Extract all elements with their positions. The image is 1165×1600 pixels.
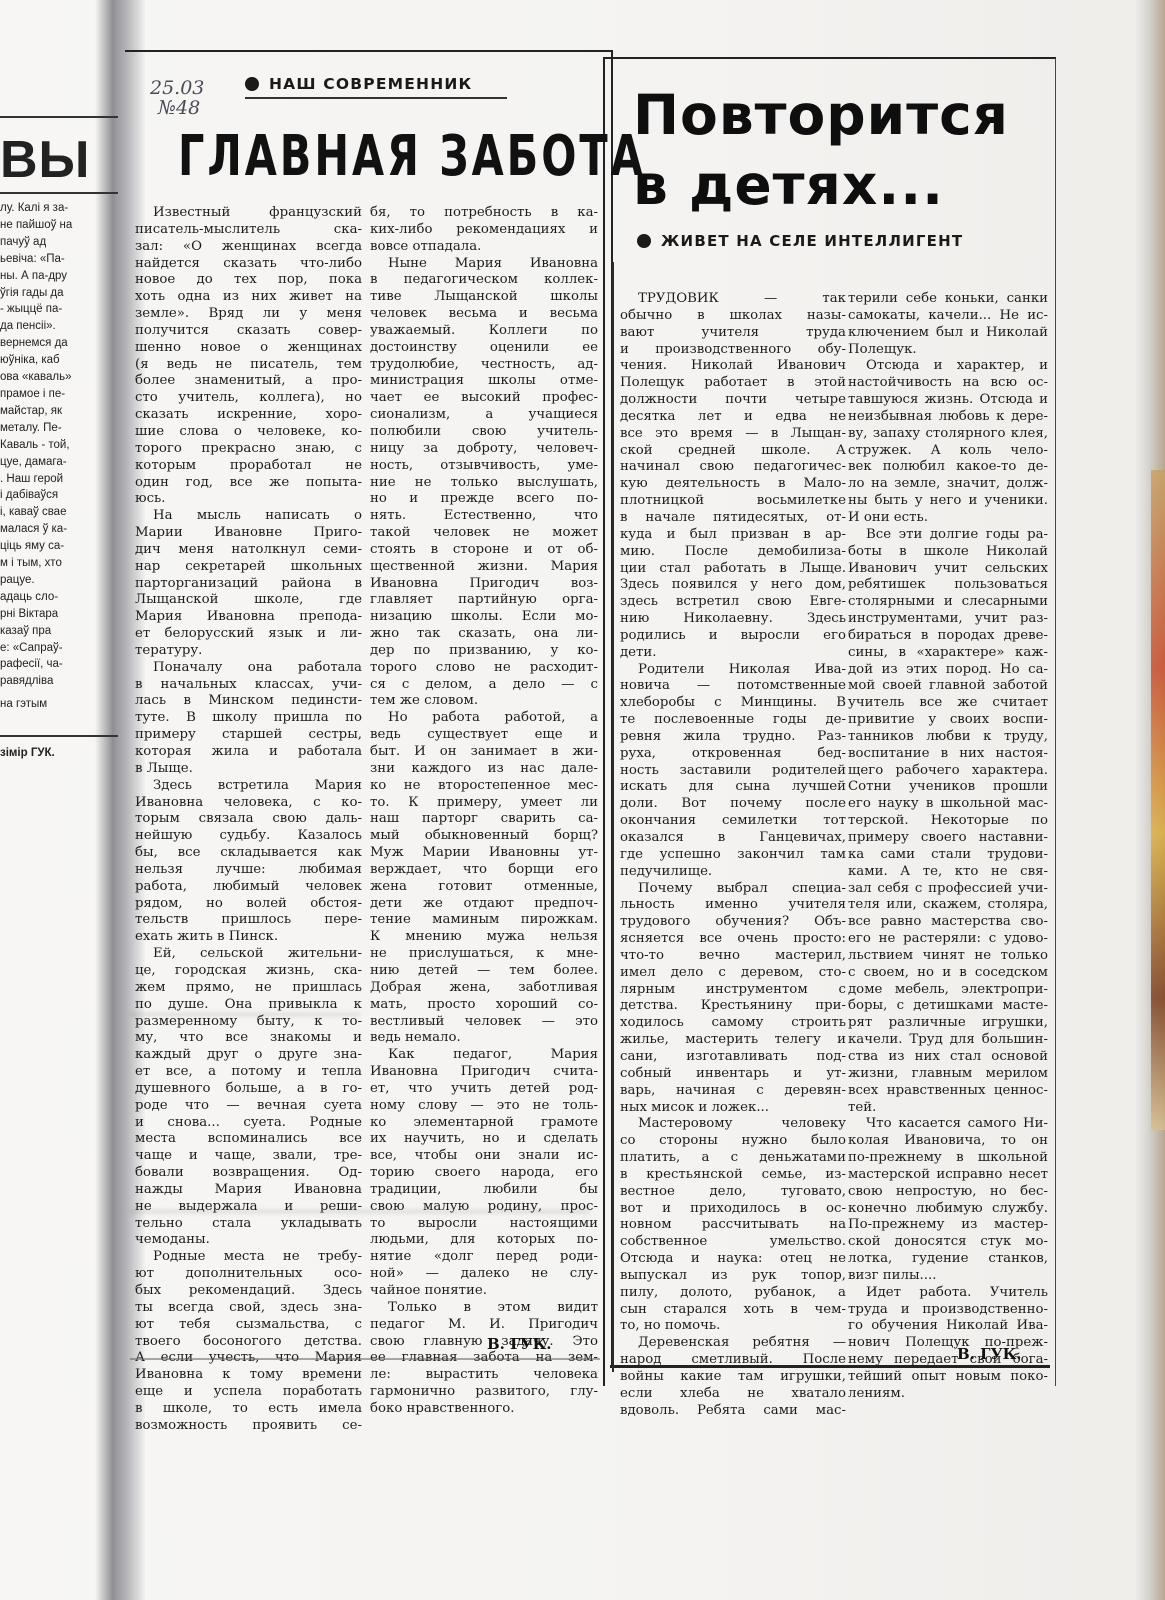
text-line: мый обыкновенный борщ? — [370, 828, 598, 845]
text-line: торию своего народа, его — [370, 1165, 598, 1182]
text-line: роде что — вечная суета — [135, 1098, 362, 1115]
text-line: самокаты, качели... Не ис- — [848, 308, 1048, 325]
text-line: Все эти долгие годы ра- — [848, 527, 1048, 544]
text-line: новном рассчитывать на — [620, 1217, 846, 1234]
text-line: - жыццё па- — [0, 301, 118, 318]
text-line: Ивановна человека, с ко- — [135, 795, 362, 812]
text-line: что-то вечно мастерил, — [620, 948, 846, 965]
text-line: собный инвентарь и ут- — [620, 1066, 846, 1083]
text-line: боры, с детишками масте- — [848, 998, 1048, 1015]
text-line: руха, откровенная бед- — [620, 746, 846, 763]
text-line: сто учитель, коллега), но — [135, 390, 362, 407]
text-line: казаў пра — [0, 623, 118, 640]
text-line: твоего босоногого детства. — [135, 1334, 362, 1351]
text-line: писатель-мыслитель ска- — [135, 222, 362, 239]
text-line: то выросли настоящими — [370, 1216, 598, 1233]
bullet-dot-icon — [245, 77, 259, 91]
text-line: доли. Вот почему после — [620, 796, 846, 813]
text-line: Марии Ивановне Приго- — [135, 525, 362, 542]
text-line: ких-либо рекомендациях и — [370, 222, 598, 239]
text-line: чаще и чаще, звали, тре- — [135, 1148, 362, 1165]
text-line: искать для сына лучшей — [620, 779, 846, 796]
text-line: педагог М. И. Пригодич — [370, 1317, 598, 1334]
text-line: полюбили свою учитель- — [370, 424, 598, 441]
article-2-column-2: терили себе коньки, санкисамокаты, качел… — [848, 291, 1048, 1403]
text-line: м і тым, хто — [0, 555, 118, 572]
text-line: Известный французский — [135, 205, 362, 222]
text-line: мой своей главной заботой — [848, 678, 1048, 695]
article-2-column-1: ТРУДОВИК — такобычно в школах назы-вают … — [620, 291, 846, 1420]
text-line: новое до тех пор, пока — [135, 272, 362, 289]
text-line: пачуў ад — [0, 234, 118, 251]
text-line: должности почти четыре — [620, 392, 846, 409]
text-line: примеру старшей сестры, — [135, 727, 362, 744]
text-line: ТРУДОВИК — так — [620, 291, 846, 308]
handwritten-date-note: 25.03 №48 — [150, 78, 204, 118]
text-line: уважаемый. Коллеги по — [370, 323, 598, 340]
text-line: нар секретарей школьных — [135, 559, 362, 576]
text-line: Только в этом видит — [370, 1300, 598, 1317]
text-line: ность заставили родителей — [620, 763, 846, 780]
text-line: рафесії, ча- — [0, 656, 118, 673]
text-line: быт. И он занимает в жи- — [370, 744, 598, 761]
left-fragment-tail: на гэтым — [0, 696, 118, 713]
page-edge-color-strip — [1151, 470, 1165, 1130]
text-line: все равно мастерства сво- — [848, 914, 1048, 931]
text-line: столярными и слесарными — [848, 594, 1048, 611]
text-line: Сотни учеников прошли — [848, 779, 1048, 796]
text-line: куда и был призван в ар- — [620, 527, 846, 544]
text-line: трудолюбие, честность, ад- — [370, 357, 598, 374]
text-line: ной» — далеко не слу- — [370, 1266, 598, 1283]
text-line: вестное дело, туговато, — [620, 1184, 846, 1201]
text-line: ской средней школе. А — [620, 443, 846, 460]
article-1-bottom-rule — [130, 1358, 600, 1360]
text-line: не прислушаться, к мне- — [370, 946, 598, 963]
text-line: новича — потомственные — [620, 678, 846, 695]
text-line: сын старался хоть в чем- — [620, 1302, 846, 1319]
text-line: жно так сказать, она ли- — [370, 626, 598, 643]
text-line: К мнению мужа нельзя — [370, 929, 598, 946]
text-line: земле». Вряд ли у меня — [135, 306, 362, 323]
text-line: Полещук. — [848, 342, 1048, 359]
text-line: неизбывная любовь к дере- — [848, 409, 1048, 426]
text-line: лу. Калі я за- — [0, 200, 118, 217]
text-line: ко не второстепенное мес- — [370, 778, 598, 795]
text-line: привитие у своих воспи- — [848, 712, 1048, 729]
text-line: ясняется все очень просто: — [620, 931, 846, 948]
text-line: доме мебель, электропри- — [848, 982, 1048, 999]
text-line: хлеборобы с Минщины. В — [620, 695, 846, 712]
text-line: трудового обучения? Объ- — [620, 914, 846, 931]
article-2-headline-line-2: в детях... — [633, 150, 1009, 220]
text-line: и снова... суета. Родные — [135, 1115, 362, 1132]
text-line: ют тебя сызмальства, с — [135, 1317, 362, 1334]
text-line: лотка, гудение станков, — [848, 1251, 1048, 1268]
text-line: обычно в школах назы- — [620, 308, 846, 325]
text-line: Родители Николая Ива- — [620, 662, 846, 679]
text-line: бираться в породах древе- — [848, 628, 1048, 645]
text-line: не пайшоў на — [0, 217, 118, 234]
text-line: е: «Сапраў- — [0, 640, 118, 657]
text-line: которая жила и работала — [135, 744, 362, 761]
text-line: выпускал из рук топор, — [620, 1268, 846, 1285]
text-line: все это время — в Лыщан- — [620, 426, 846, 443]
article-1-rubric-label: НАШ СОВРЕМЕННИК — [269, 75, 472, 93]
text-line: це, городская жизнь, ска- — [135, 963, 362, 980]
text-line: конечно любимую службу. — [848, 1201, 1048, 1218]
article-2-bottom-rule — [610, 1365, 1050, 1368]
text-line: ному слову — это не толь- — [370, 1098, 598, 1115]
text-line: не выдержала и реши- — [135, 1199, 362, 1216]
text-line: Деревенская ребятня — — [620, 1335, 846, 1352]
text-line: ка сами стали трудови- — [848, 847, 1048, 864]
text-line: в школе, то есть имела — [135, 1401, 362, 1418]
text-line: майстар, як — [0, 403, 118, 420]
text-line: мастерской исправно несет — [848, 1167, 1048, 1184]
text-line: зал: «О женщинах всегда — [135, 239, 362, 256]
text-line: лась в Минском пединсти- — [135, 693, 362, 710]
text-line: свою главную задачу. Это — [370, 1334, 598, 1351]
text-line: малася ў ка- — [0, 521, 118, 538]
text-line: все, чтобы они знали ис- — [370, 1148, 598, 1165]
text-line: ключением был и Николай — [848, 325, 1048, 342]
text-line: то, но помочь. — [620, 1318, 846, 1335]
text-line: в начальных классах, учи- — [135, 677, 362, 694]
text-line: каждый друг о друге зна- — [135, 1047, 362, 1064]
text-line: нять. Естественно, что — [370, 508, 598, 525]
text-line: боты в школе Николай — [848, 544, 1048, 561]
text-line: работа, любимый человек — [135, 879, 362, 896]
text-line: его науку в школьной мас- — [848, 796, 1048, 813]
text-line: с своем, но и в соседском — [848, 965, 1048, 982]
text-line: тем же словом. — [370, 693, 598, 710]
text-line: рні Віктара — [0, 606, 118, 623]
text-line: дой из этих пород. Но са- — [848, 662, 1048, 679]
text-line: равядліва — [0, 673, 118, 690]
text-line: собственное умельство. — [620, 1234, 846, 1251]
text-line: достоинству оценили ее — [370, 340, 598, 357]
left-page-fragment: ВЫ лу. Калі я за-не пайшоў на пачуў адье… — [0, 100, 118, 780]
text-line: Поначалу она работала — [135, 660, 362, 677]
text-line: му, что все знакомы и — [135, 1030, 362, 1047]
text-line: примеру своего наставни- — [848, 830, 1048, 847]
text-line: Лыщанской школе, где — [135, 592, 362, 609]
text-line: і, каваў свае — [0, 504, 118, 521]
text-line: Ныне Мария Ивановна — [370, 256, 598, 273]
text-line: шенно новое о женщинах — [135, 340, 362, 357]
text-line: жилье, мастерить телегу и — [620, 1032, 846, 1049]
article-2-rubric: ЖИВЕТ НА СЕЛЕ ИНТЕЛЛИГЕНТ — [637, 232, 963, 250]
text-line: если хлеба не хватало — [620, 1386, 846, 1403]
text-line: На мысль написать о — [135, 508, 362, 525]
text-line: нажды Мария Ивановна — [135, 1182, 362, 1199]
text-line: нию Николаевну. Здесь — [620, 611, 846, 628]
text-line: детства. Крестьянину при- — [620, 998, 846, 1015]
text-line: в Лыще. — [135, 761, 362, 778]
text-line: плотницкой восьмилетке — [620, 493, 846, 510]
scan-artifact — [130, 1013, 360, 1016]
text-line: нейшую судьбу. Казалось — [135, 828, 362, 845]
text-line: цуе, дамага- — [0, 454, 118, 471]
text-line: учитель все же считает — [848, 695, 1048, 712]
text-line: всех нравственных ценнос- — [848, 1083, 1048, 1100]
left-fragment-text: лу. Калі я за-не пайшоў на пачуў адьевіч… — [0, 200, 118, 690]
text-line: труда и производственно- — [848, 1302, 1048, 1319]
text-line: ходилось самому строить — [620, 1015, 846, 1032]
text-line: ют дополнительных осо- — [135, 1266, 362, 1283]
text-line: такой человек не может — [370, 525, 598, 542]
text-line: вернемся да — [0, 335, 118, 352]
text-line: Здесь появился у него дом, — [620, 577, 846, 594]
text-line: те послевоенные годы де- — [620, 712, 846, 729]
text-line: век полюбил какое-то де- — [848, 459, 1048, 476]
left-fragment-header-rule — [0, 100, 118, 118]
text-line: войны какие там игрушки, — [620, 1369, 846, 1386]
text-line: ву, запаху столярного клея, — [848, 426, 1048, 443]
text-line: Мастеровому человеку — [620, 1116, 846, 1133]
text-line: места вспоминались все — [135, 1131, 362, 1148]
text-line: жем прямо, не пришлась — [135, 980, 362, 997]
text-line: ехать жить в Пинск. — [135, 929, 362, 946]
scan-artifact — [130, 1210, 590, 1213]
article-2-headline-line-1: Повторится — [633, 80, 1009, 150]
text-line: человек весьма и весьма — [370, 306, 598, 323]
handwritten-issue-number: №48 — [158, 98, 204, 118]
text-line: Ей, сельской жительни- — [135, 946, 362, 963]
text-line: сионализм, а учащиеся — [370, 407, 598, 424]
text-line: которым проработал не — [135, 458, 362, 475]
text-line: в начале пятидесятых, от- — [620, 510, 846, 527]
text-line: окончания семилетки тот — [620, 813, 846, 830]
text-line: Муж Марии Ивановны ут- — [370, 845, 598, 862]
article-1-column-1: Известный французскийписатель-мыслитель … — [135, 205, 362, 1435]
text-line: чает ее высокий профес- — [370, 390, 598, 407]
article-1-rubric: НАШ СОВРЕМЕННИК — [245, 75, 507, 99]
text-line: хоть одна из них живет на — [135, 289, 362, 306]
text-line: наш парторг сварить са- — [370, 811, 598, 828]
text-line: ьевіча: «Па- — [0, 251, 118, 268]
text-line: тературу. — [135, 643, 362, 660]
text-line: Почему выбрал специа- — [620, 881, 846, 898]
text-line: тельно стала укладывать — [135, 1216, 362, 1233]
text-line: Как педагог, Мария — [370, 1047, 598, 1064]
text-line: настойчивость на всю ос- — [848, 375, 1048, 392]
text-line: свою непростую, но бес- — [848, 1184, 1048, 1201]
text-line: торого прекрасно знаю, с — [135, 441, 362, 458]
text-line: еще и успела поработать — [135, 1384, 362, 1401]
article-1-column-2: бя, то потребность в ка-ких-либо рекомен… — [370, 205, 598, 1418]
text-line: нельзя лучше: любимая — [135, 862, 362, 879]
text-line: рят различные игрушки, — [848, 1015, 1048, 1032]
text-line: шие слова о человеке, ко- — [135, 424, 362, 441]
text-line: И они есть. — [848, 510, 1048, 527]
text-line: ет, что учить детей род- — [370, 1081, 598, 1098]
text-line: ской доносятся стук мо- — [848, 1234, 1048, 1251]
text-line: . Наш герой — [0, 471, 118, 488]
text-line: чайное понятие. — [370, 1283, 598, 1300]
text-line: душевного больше, а в го- — [135, 1081, 362, 1098]
text-line: ны. А па-дру — [0, 268, 118, 285]
text-line: ведь существует еще и — [370, 727, 598, 744]
text-line: и производственного обу- — [620, 342, 846, 359]
text-line: жизни, главным мерилом — [848, 1066, 1048, 1083]
article-1-signature: В. ГУК. — [487, 1335, 552, 1353]
text-line: льствием чинят не только — [848, 948, 1048, 965]
left-fragment-title: ВЫ — [0, 128, 118, 194]
text-line: ся с делом, а дело — с — [370, 677, 598, 694]
text-line: щественной жизни. Мария — [370, 559, 598, 576]
text-line: нию детей — тем более. — [370, 963, 598, 980]
text-line: щего рабочего характера. — [848, 763, 1048, 780]
handwritten-date: 25.03 — [150, 78, 204, 98]
text-line: тиве Лыщанской школы — [370, 289, 598, 306]
text-line: Ивановна Пригодич счита- — [370, 1064, 598, 1081]
text-line: тельств пришлось пере- — [135, 912, 362, 929]
text-line: туте. В школу пришла по — [135, 710, 362, 727]
text-line: инструментами, учит раз- — [848, 611, 1048, 628]
text-line: стоять в стороне и от об- — [370, 542, 598, 559]
text-line: ко элементарной грамоте — [370, 1115, 598, 1132]
text-line: ревня жила трудно. Раз- — [620, 729, 846, 746]
text-line: терской. Некоторые по — [848, 813, 1048, 830]
text-line: сани, изготавливать под- — [620, 1049, 846, 1066]
text-line: ны быть у него и ученики. — [848, 493, 1048, 510]
text-line: ных мисок и ложек... — [620, 1100, 846, 1117]
text-line: бы, все складывается как — [135, 845, 362, 862]
left-fragment-signature: зімір ГУК. — [0, 735, 118, 762]
text-line: дер по призванию, у ко- — [370, 643, 598, 660]
text-line: Иванович учит сельских — [848, 561, 1048, 578]
text-line: родились и выросли его — [620, 628, 846, 645]
text-line: нятие «долг перед роди- — [370, 1249, 598, 1266]
text-line: здесь встретил свою Евге- — [620, 594, 846, 611]
text-line: возможность проявить се- — [135, 1418, 362, 1435]
article-1-headline: ГЛАВНАЯ ЗАБОТА — [178, 124, 646, 190]
text-line: чемоданы. — [135, 1232, 362, 1249]
text-line: ведь немало. — [370, 1030, 598, 1047]
text-line: теля или, скажем, столяра, — [848, 897, 1048, 914]
text-line: прамое і пе- — [0, 386, 118, 403]
text-line: воспитание в них настоя- — [848, 746, 1048, 763]
text-line: низацию школы. Если мо- — [370, 609, 598, 626]
text-line: ками. А те, кто не свя- — [848, 864, 1048, 881]
text-line: вдоволь. Ребята сами мас- — [620, 1403, 846, 1420]
text-line: Добрая жена, заботливая — [370, 980, 598, 997]
text-line: вовсе отпадала. — [370, 239, 598, 256]
text-line: со стороны нужно было — [620, 1133, 846, 1150]
text-line: юўніка, каб — [0, 352, 118, 369]
text-line: тейший опыт новым поко- — [848, 1369, 1048, 1386]
text-line: ет все, а потому и тепла — [135, 1064, 362, 1081]
text-line: рядом, но волей обстоя- — [135, 896, 362, 913]
text-line: более знаменитый, а про- — [135, 373, 362, 390]
text-line: колая Ивановича, то он — [848, 1133, 1048, 1150]
text-line: металу. Пе- — [0, 420, 118, 437]
text-line: вестливый человек — это — [370, 1014, 598, 1031]
text-line: стружек. А коль чело- — [848, 443, 1048, 460]
text-line: торого слово не расходит- — [370, 660, 598, 677]
text-line: ўгія гады да — [0, 285, 118, 302]
text-line: дети. — [620, 645, 846, 662]
text-line: где успешно закончил там — [620, 847, 846, 864]
text-line: парторганизаций района в — [135, 576, 362, 593]
text-line: Мария Ивановна препода- — [135, 609, 362, 626]
text-line: бых рекомендаций. Здесь — [135, 1283, 362, 1300]
text-line: тение маминым пирожкам. — [370, 912, 598, 929]
text-line: ства из них стал основой — [848, 1049, 1048, 1066]
text-line: традиции, любили бы — [370, 1182, 598, 1199]
text-line: но и прежде всего по- — [370, 491, 598, 508]
text-line: Полещук работает в этой — [620, 375, 846, 392]
text-line: кую деятельность в Мало- — [620, 476, 846, 493]
text-line: Каваль - той, — [0, 437, 118, 454]
text-line: мию. После демобилиза- — [620, 544, 846, 561]
text-line: ет белорусский язык и ли- — [135, 626, 362, 643]
text-line: имел дело с деревом, сто- — [620, 965, 846, 982]
text-line: бя, то потребность в ка- — [370, 205, 598, 222]
text-line: десятка лет и едва не — [620, 409, 846, 426]
text-line: Здесь встретила Мария — [135, 778, 362, 795]
text-line: сказать искренние, хоро- — [135, 407, 362, 424]
text-line: дети же отдают предпоч- — [370, 896, 598, 913]
text-line: платить, а с деньжатами — [620, 1150, 846, 1167]
text-line: получится сказать совер- — [135, 323, 362, 340]
text-line: лениям. — [848, 1386, 1048, 1403]
bullet-dot-icon — [637, 234, 651, 248]
text-line: педучилище. — [620, 864, 846, 881]
text-line: го обучения Николай Ива- — [848, 1318, 1048, 1335]
text-line: оказался в Ганцевичах, — [620, 830, 846, 847]
text-line: ции стал работать в Лыще. — [620, 561, 846, 578]
text-line: начинал свою педагогичес- — [620, 459, 846, 476]
text-line: торым связала свою даль- — [135, 811, 362, 828]
text-line: ле: вырастить человека — [370, 1367, 598, 1384]
text-line: людьми, для которых по- — [370, 1232, 598, 1249]
text-line: По-прежнему из мастер- — [848, 1217, 1048, 1234]
text-line: по душе. Она привыкла к — [135, 997, 362, 1014]
text-line: Что касается самого Ни- — [848, 1116, 1048, 1133]
text-line: министрация школы отме- — [370, 373, 598, 390]
text-line: тей. — [848, 1100, 1048, 1117]
text-line: один год, все же попыта- — [135, 475, 362, 492]
text-line: Ивановна Пригодич воз- — [370, 576, 598, 593]
text-line: по-прежнему в школьной — [848, 1150, 1048, 1167]
text-line: пилу, долото, рубанок, а — [620, 1285, 846, 1302]
text-line: Родные места не требу- — [135, 1249, 362, 1266]
text-line: размеренному быту, к то- — [135, 1014, 362, 1031]
text-line: верждает, что борщи его — [370, 862, 598, 879]
text-line: в педагогическом коллек- — [370, 272, 598, 289]
text-line: найдется сказать что-либо — [135, 256, 362, 273]
text-line: ова «каваль» — [0, 369, 118, 386]
text-line: гармонично развитого, глу- — [370, 1384, 598, 1401]
text-line: ціць яму са- — [0, 538, 118, 555]
text-line: (я ведь не писатель, тем — [135, 357, 362, 374]
text-line: свою малую родину, прос- — [370, 1199, 598, 1216]
text-line: их научить, но и сделать — [370, 1131, 598, 1148]
text-line: визг пилы.... — [848, 1268, 1048, 1285]
text-line: главляет партийную орга- — [370, 592, 598, 609]
text-line: ты всегда свой, здесь зна- — [135, 1300, 362, 1317]
text-line: ницу за доброту, человеч- — [370, 441, 598, 458]
text-line: адаць сло- — [0, 589, 118, 606]
column-separator-rule — [612, 262, 614, 1372]
text-line: Идет работа. Учитель — [848, 1285, 1048, 1302]
article-2-signature: В. ГУК. — [957, 1345, 1022, 1363]
text-line: ребятишек пользоваться — [848, 577, 1048, 594]
text-line: Отсюда и наука: отец не — [620, 1251, 846, 1268]
